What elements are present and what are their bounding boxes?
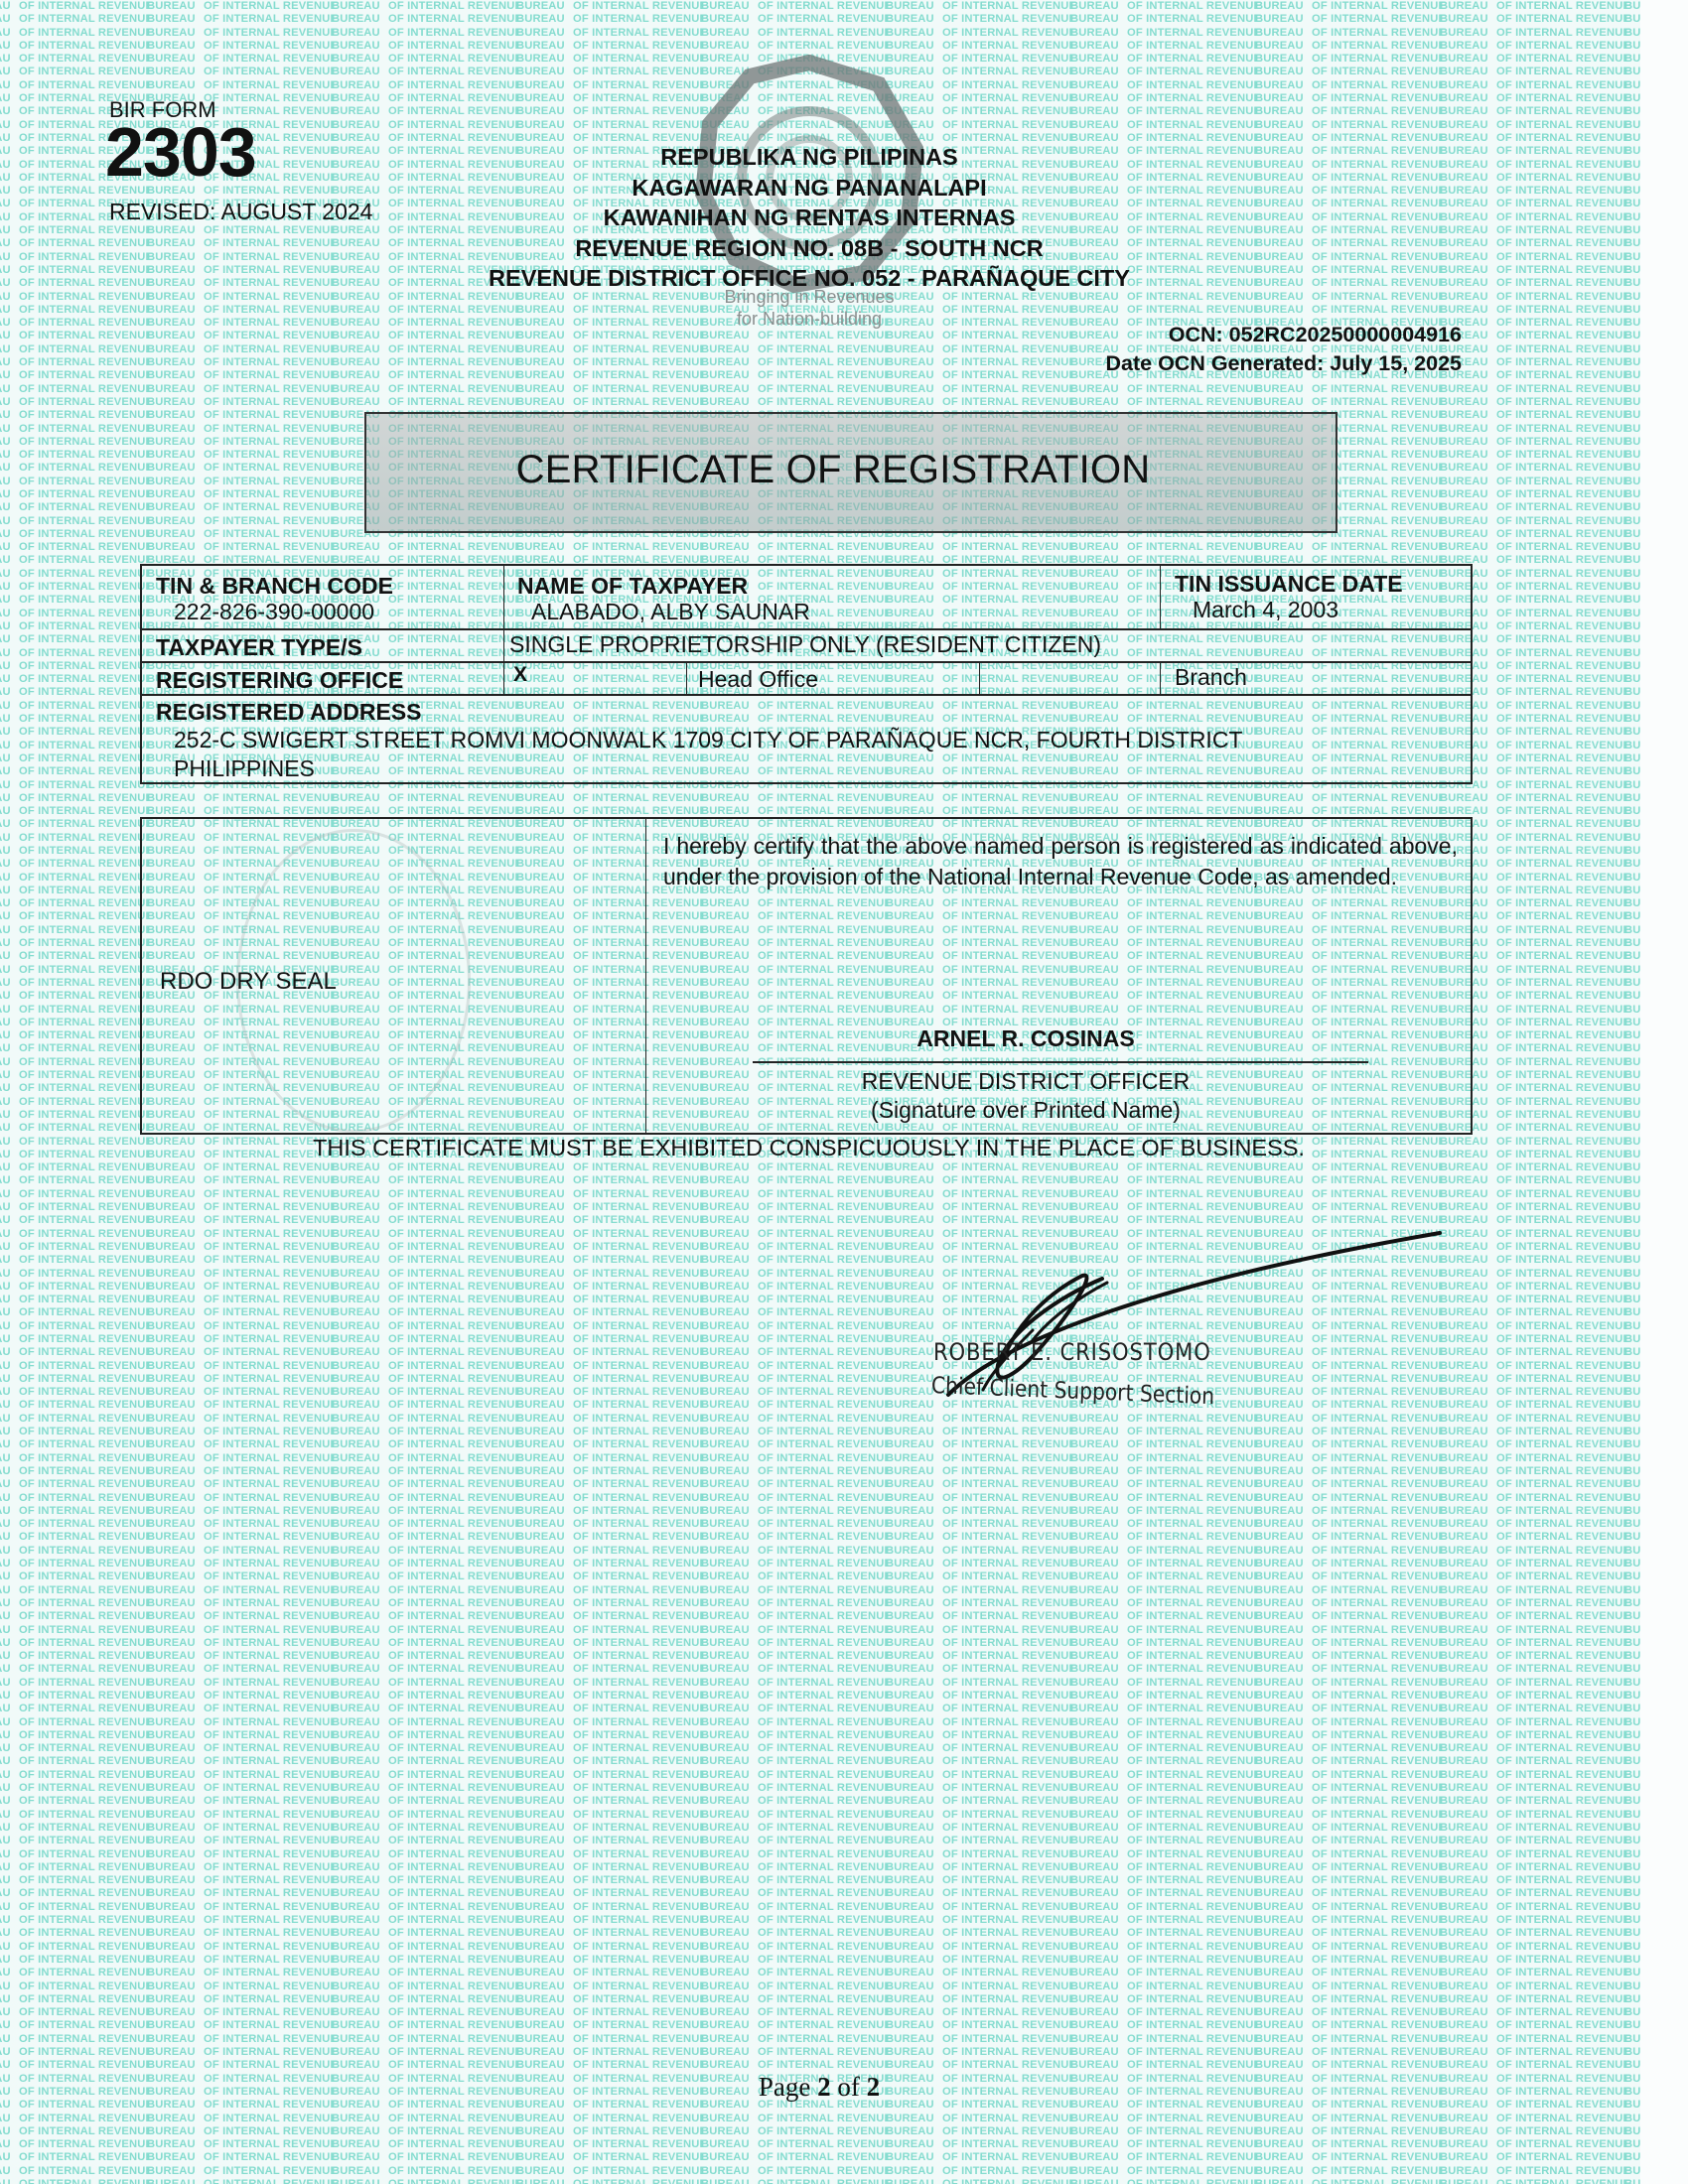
page-sep: of [837, 2072, 860, 2102]
col-divider [1160, 566, 1161, 628]
form-number: 2303 [105, 117, 256, 187]
page-prefix: Page [759, 2072, 810, 2102]
certification-statement: I hereby certify that the above named pe… [663, 831, 1458, 892]
row-divider [142, 628, 1471, 630]
taxpayer-type-label: TAXPAYER TYPE/S [156, 634, 362, 661]
signature-scribble-icon [923, 1221, 1479, 1400]
document-title: CERTIFICATE OF REGISTRATION [364, 412, 1337, 533]
registered-address-line1: 252-C SWIGERT STREET ROMVI MOONWALK 1709… [174, 727, 1243, 753]
display-notice: THIS CERTIFICATE MUST BE EXHIBITED CONSP… [270, 1135, 1347, 1161]
tin-label: TIN & BRANCH CODE [156, 573, 393, 600]
taxpayer-name-value: ALABADO, ALBY SAUNAR [531, 599, 810, 625]
taxpayer-name-label: NAME OF TAXPAYER [517, 573, 748, 600]
tin-issuance-label: TIN ISSUANCE DATE [1175, 571, 1403, 598]
registered-address-line2: PHILIPPINES [174, 755, 315, 782]
certification-box: RDO DRY SEAL I hereby certify that the a… [140, 817, 1473, 1135]
head-office-checkmark: X [513, 663, 527, 687]
signature-line [753, 1061, 1368, 1063]
title-text: CERTIFICATE OF REGISTRATION [516, 448, 1151, 492]
page-number: Page 2 of 2 [695, 2072, 943, 2103]
ocn-date: Date OCN Generated: July 15, 2025 [1106, 349, 1463, 378]
tin-value: 222-826-390-00000 [174, 599, 374, 625]
row-divider [142, 661, 1471, 663]
agency-motto: Bringing in Revenues for Nation-building [695, 286, 923, 330]
agency-line: REPUBLIKA NG PILIPINAS [397, 142, 1221, 173]
agency-line: KAWANIHAN NG RENTAS INTERNAS [397, 203, 1221, 233]
taxpayer-type-value: SINGLE PROPRIETORSHIP ONLY (RESIDENT CIT… [509, 631, 1101, 658]
motto-line: for Nation-building [695, 308, 923, 330]
ocn-block: OCN: 052RC20250000004916 Date OCN Genera… [1106, 321, 1463, 378]
tin-issuance-value: March 4, 2003 [1193, 597, 1338, 623]
registering-office-label: REGISTERING OFFICE [156, 667, 403, 694]
agency-line: REVENUE REGION NO. 08B - SOUTH NCR [397, 233, 1221, 264]
ocn-number: OCN: 052RC20250000004916 [1106, 321, 1463, 349]
agency-line: KAGAWARAN NG PANANALAPI [397, 173, 1221, 204]
agency-header: REPUBLIKA NG PILIPINAS KAGAWARAN NG PANA… [397, 142, 1221, 294]
officer-title: REVENUE DISTRICT OFFICER [827, 1067, 1224, 1096]
col-divider [1160, 661, 1161, 694]
col-divider [979, 661, 980, 694]
registration-table: TIN & BRANCH CODE 222-826-390-00000 NAME… [140, 564, 1473, 784]
rdo-dry-seal-label: RDO DRY SEAL [160, 968, 337, 996]
officer-note: (Signature over Printed Name) [827, 1096, 1224, 1125]
col-divider [686, 661, 687, 694]
registered-address-label: REGISTERED ADDRESS [156, 699, 422, 726]
head-office-label: Head Office [698, 666, 818, 693]
col-divider [645, 819, 646, 1133]
officer-name: ARNEL R. COSINAS [827, 1025, 1224, 1052]
row-divider [142, 694, 1471, 696]
page-current: 2 [817, 2072, 831, 2102]
form-revision: REVISED: AUGUST 2024 [109, 199, 372, 225]
stamp-name: ROBERT E. CRISOSTOMO [933, 1338, 1211, 1366]
motto-line: Bringing in Revenues [695, 286, 923, 308]
col-divider [503, 566, 504, 696]
page-total: 2 [867, 2072, 881, 2102]
officer-title-block: REVENUE DISTRICT OFFICER (Signature over… [827, 1067, 1224, 1125]
branch-label: Branch [1175, 664, 1247, 691]
